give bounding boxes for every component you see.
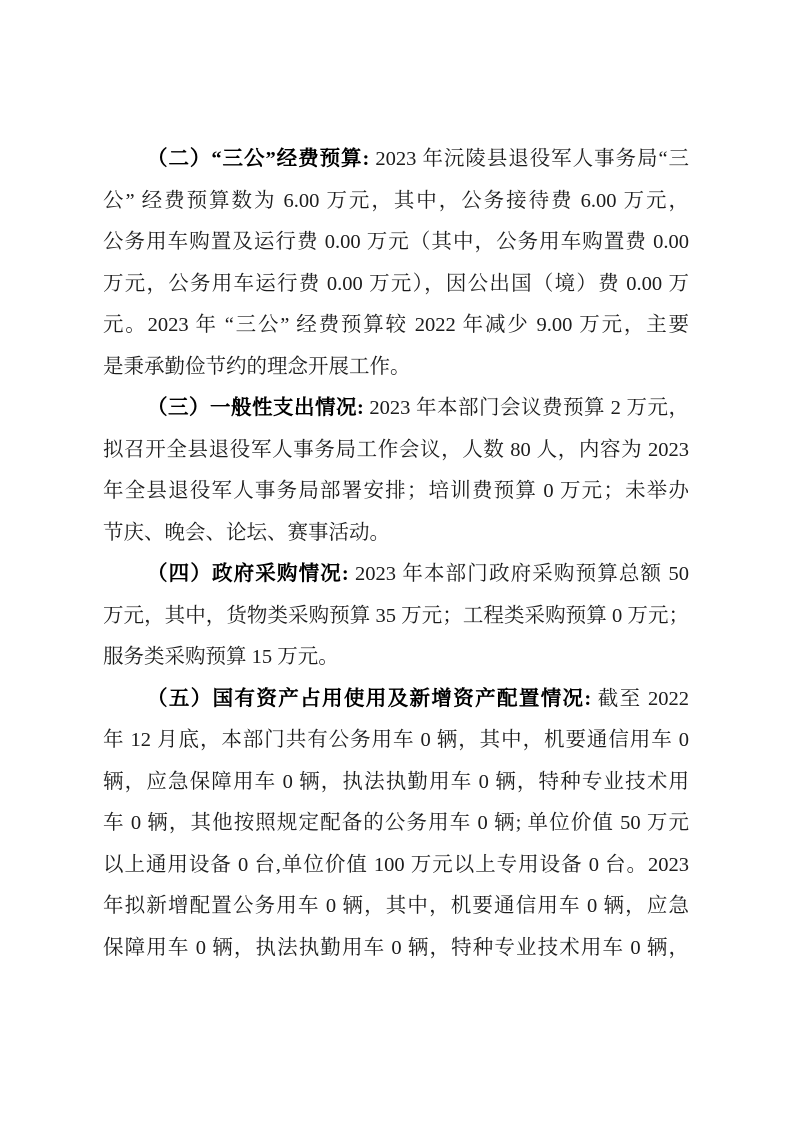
text-line: 公务用车购置及运行费 0.00 万元（其中，公务用车购置费 0.00	[103, 222, 689, 264]
text-line: （二）“三公”经费预算: 2023 年沅陵县退役军人事务局“三	[103, 139, 689, 181]
text-line: 保障用车 0 辆，执法执勤用车 0 辆，特种专业技术用车 0 辆，	[103, 928, 689, 970]
text-run: 年 12 月底，本部门共有公务用车 0 辆，其中，机要通信用车 0	[103, 729, 689, 751]
text-line: 年拟新增配置公务用车 0 辆，其中，机要通信用车 0 辆，应急	[103, 886, 689, 928]
section-heading-run: （四）政府采购情况:	[147, 563, 349, 585]
para-sangong-budget: （二）“三公”经费预算: 2023 年沅陵县退役军人事务局“三公” 经费预算数为…	[103, 139, 689, 388]
text-run: 年全县退役军人事务局部署安排；培训费预算 0 万元；未举办	[103, 480, 689, 502]
text-line: （五）国有资产占用使用及新增资产配置情况: 截至 2022	[103, 679, 689, 721]
text-run: 公务用车购置及运行费 0.00 万元（其中，公务用车购置费 0.00	[103, 231, 689, 253]
text-run: 2023 年本部门会议费预算 2 万元，	[364, 397, 689, 419]
document-page: （二）“三公”经费预算: 2023 年沅陵县退役军人事务局“三公” 经费预算数为…	[0, 0, 793, 1122]
text-run: 拟召开全县退役军人事务局工作会议，人数 80 人，内容为 2023	[103, 439, 689, 461]
text-line: 年全县退役军人事务局部署安排；培训费预算 0 万元；未举办	[103, 471, 689, 513]
text-line: 以上通用设备 0 台,单位价值 100 万元以上专用设备 0 台。2023	[103, 845, 689, 887]
text-run: 年拟新增配置公务用车 0 辆，其中，机要通信用车 0 辆，应急	[103, 895, 689, 917]
text-run: 车 0 辆，其他按照规定配备的公务用车 0 辆; 单位价值 50 万元	[103, 812, 689, 834]
text-line: 服务类采购预算 15 万元。	[103, 637, 689, 679]
text-run: 以上通用设备 0 台,单位价值 100 万元以上专用设备 0 台。2023	[103, 854, 689, 876]
text-line: 是秉承勤俭节约的理念开展工作。	[103, 347, 689, 389]
text-line: 万元，其中，货物类采购预算 35 万元；工程类采购预算 0 万元；	[103, 596, 689, 638]
text-run: 保障用车 0 辆，执法执勤用车 0 辆，特种专业技术用车 0 辆，	[103, 937, 689, 959]
section-heading-run: （三）一般性支出情况:	[147, 397, 364, 419]
text-line: 辆，应急保障用车 0 辆，执法执勤用车 0 辆，特种专业技术用	[103, 762, 689, 804]
para-general-expenditure: （三）一般性支出情况: 2023 年本部门会议费预算 2 万元，拟召开全县退役军…	[103, 388, 689, 554]
text-run: 万元，公务用车运行费 0.00 万元），因公出国（境）费 0.00 万	[103, 273, 689, 295]
text-run: 截至 2022	[591, 688, 689, 710]
text-line: 车 0 辆，其他按照规定配备的公务用车 0 辆; 单位价值 50 万元	[103, 803, 689, 845]
section-heading-run: （五）国有资产占用使用及新增资产配置情况:	[147, 688, 591, 710]
text-run: 节庆、晚会、论坛、赛事活动。	[103, 522, 390, 544]
text-line: 节庆、晚会、论坛、赛事活动。	[103, 513, 689, 555]
text-run: 辆，应急保障用车 0 辆，执法执勤用车 0 辆，特种专业技术用	[103, 771, 689, 793]
section-heading-run: （二）“三公”经费预算:	[147, 148, 369, 170]
para-state-assets: （五）国有资产占用使用及新增资产配置情况: 截至 2022年 12 月底，本部门…	[103, 679, 689, 970]
text-run: 是秉承勤俭节约的理念开展工作。	[103, 356, 411, 378]
text-line: 元。2023 年 “三公” 经费预算较 2022 年减少 9.00 万元，主要	[103, 305, 689, 347]
text-run: 服务类采购预算 15 万元。	[103, 646, 339, 668]
text-run: 万元，其中，货物类采购预算 35 万元；工程类采购预算 0 万元；	[103, 605, 689, 627]
text-line: 公” 经费预算数为 6.00 万元，其中，公务接待费 6.00 万元，	[103, 181, 689, 223]
text-line: 万元，公务用车运行费 0.00 万元），因公出国（境）费 0.00 万	[103, 264, 689, 306]
text-run: 2023 年沅陵县退役军人事务局“三	[369, 148, 689, 170]
text-line: （四）政府采购情况: 2023 年本部门政府采购预算总额 50	[103, 554, 689, 596]
para-government-procurement: （四）政府采购情况: 2023 年本部门政府采购预算总额 50万元，其中，货物类…	[103, 554, 689, 679]
text-line: 年 12 月底，本部门共有公务用车 0 辆，其中，机要通信用车 0	[103, 720, 689, 762]
text-run: 2023 年本部门政府采购预算总额 50	[349, 563, 689, 585]
text-line: 拟召开全县退役军人事务局工作会议，人数 80 人，内容为 2023	[103, 430, 689, 472]
text-run: 元。2023 年 “三公” 经费预算较 2022 年减少 9.00 万元，主要	[103, 314, 689, 336]
document-body: （二）“三公”经费预算: 2023 年沅陵县退役军人事务局“三公” 经费预算数为…	[103, 139, 689, 969]
text-line: （三）一般性支出情况: 2023 年本部门会议费预算 2 万元，	[103, 388, 689, 430]
text-run: 公” 经费预算数为 6.00 万元，其中，公务接待费 6.00 万元，	[103, 190, 689, 212]
